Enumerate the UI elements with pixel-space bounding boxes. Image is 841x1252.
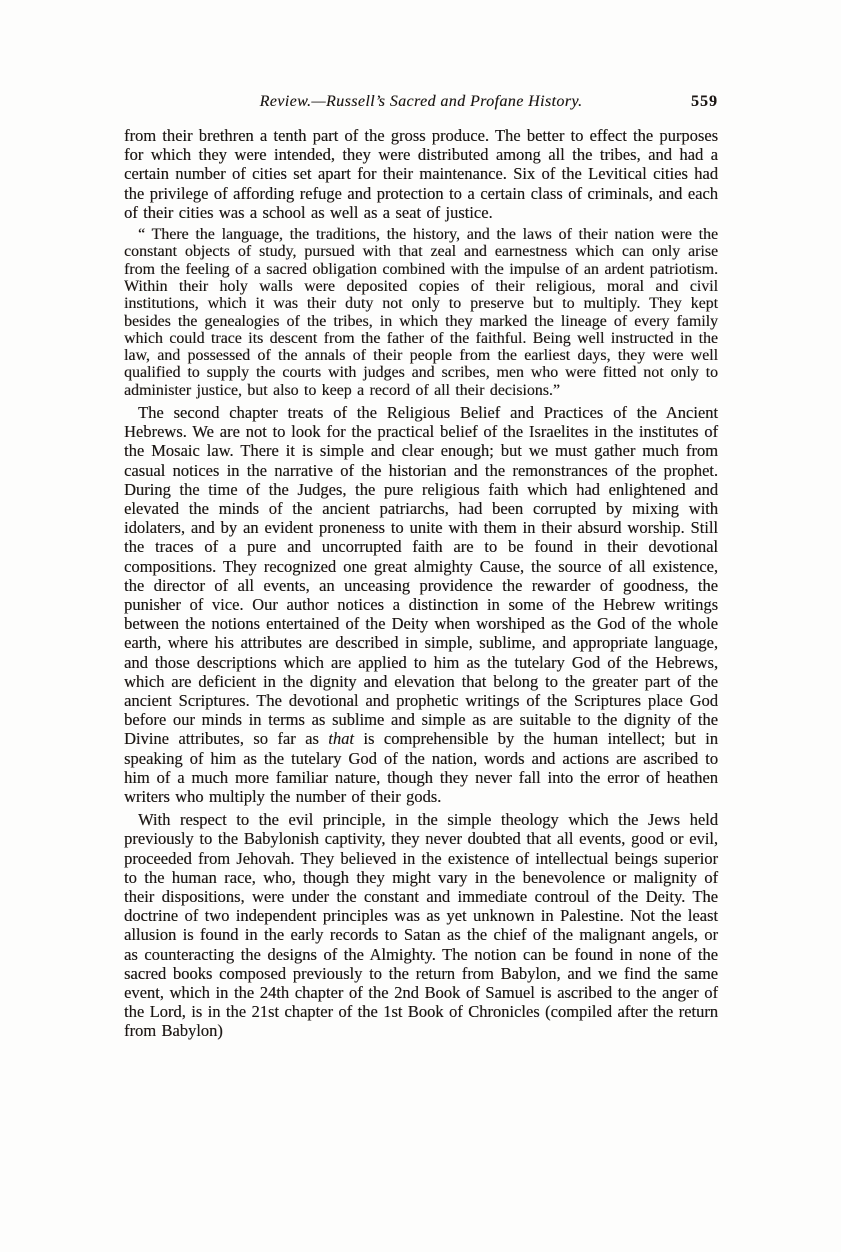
page-number: 559 xyxy=(691,93,718,111)
paragraph-text: from their brethren a tenth part of the … xyxy=(124,126,718,222)
paragraph: The second chapter treats of the Religio… xyxy=(124,403,718,806)
paragraph: from their brethren a tenth part of the … xyxy=(124,126,718,222)
paragraph-text: The second chapter treats of the Religio… xyxy=(124,403,718,748)
paragraph: With respect to the evil principle, in t… xyxy=(124,810,718,1040)
running-head: Review.—Russell’s Sacred and Profane His… xyxy=(124,93,718,111)
paragraph-text: With respect to the evil principle, in t… xyxy=(124,810,718,1040)
page: Review.—Russell’s Sacred and Profane His… xyxy=(0,0,841,1252)
article-body: from their brethren a tenth part of the … xyxy=(124,126,718,1041)
emphasized-text: that xyxy=(328,729,354,748)
paragraph: “ There the language, the traditions, th… xyxy=(124,226,718,399)
page-title: Review.—Russell’s Sacred and Profane His… xyxy=(260,93,583,110)
paragraph-text: “ There the language, the traditions, th… xyxy=(124,226,718,399)
